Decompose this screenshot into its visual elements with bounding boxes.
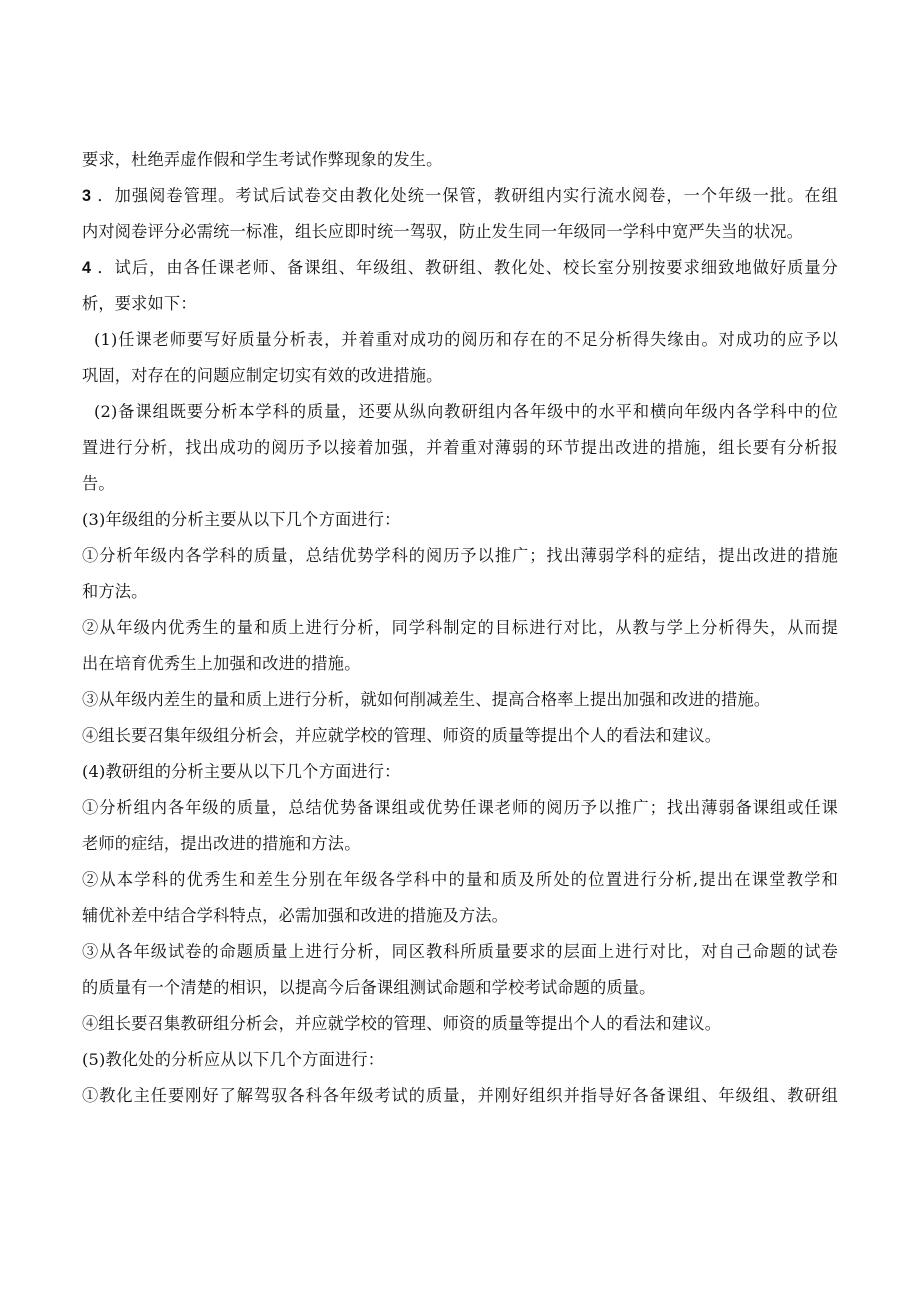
text-line: 的质量有一个清楚的相识，以提高今后备课组测试命题和学校考试命题的质量。 bbox=[82, 970, 838, 1006]
text-line: ②从年级内优秀生的量和质上进行分析，同学科制定的目标进行对比，从教与学上分析得失… bbox=[82, 610, 838, 646]
text-line: 老师的症结，提出改进的措施和方法。 bbox=[82, 826, 838, 862]
text-line: 置进行分析，找出成功的阅历予以接着加强，并着重对薄弱的环节提出改进的措施，组长要… bbox=[82, 430, 838, 466]
text-line: 出在培育优秀生上加强和改进的措施。 bbox=[82, 646, 838, 682]
text-line: ④组长要召集教研组分析会，并应就学校的管理、师资的质量等提出个人的看法和建议。 bbox=[82, 1006, 838, 1042]
document-page: 要求，杜绝弄虚作假和学生考试作弊现象的发生。 3 ．加强阅卷管理。考试后试卷交由… bbox=[82, 142, 838, 1114]
text-line: ②从本学科的优秀生和差生分别在年级各学科中的量和质及所处的位置进行分析,提出在课… bbox=[82, 862, 838, 898]
text-line: 4 ．试后，由各任课老师、备课组、年级组、教研组、教化处、校长室分别按要求细致地… bbox=[82, 250, 838, 286]
text-line: 3 ．加强阅卷管理。考试后试卷交由教化处统一保管，教研组内实行流水阅卷，一个年级… bbox=[82, 178, 838, 214]
text-line: (1)任课老师要写好质量分析表，并着重对成功的阅历和存在的不足分析得失缘由。对成… bbox=[82, 322, 838, 358]
text-line: ④组长要召集年级组分析会，并应就学校的管理、师资的质量等提出个人的看法和建议。 bbox=[82, 718, 838, 754]
text-line: 析，要求如下： bbox=[82, 286, 838, 322]
text-line: ③从各年级试卷的命题质量上进行分析，同区教科所质量要求的层面上进行对比，对自己命… bbox=[82, 934, 838, 970]
text-line: ①分析组内各年级的质量，总结优势备课组或优势任课老师的阅历予以推广；找出薄弱备课… bbox=[82, 790, 838, 826]
text-line: 辅优补差中结合学科特点，必需加强和改进的措施及方法。 bbox=[82, 898, 838, 934]
text-line: ③从年级内差生的量和质上进行分析，就如何削减差生、提高合格率上提出加强和改进的措… bbox=[82, 682, 838, 718]
text-line: ①教化主任要刚好了解驾驭各科各年级考试的质量，并刚好组织并指导好各备课组、年级组… bbox=[82, 1078, 838, 1114]
text-line: (5)教化处的分析应从以下几个方面进行： bbox=[82, 1042, 838, 1078]
item-number: 3 bbox=[82, 187, 91, 205]
text-line: 要求，杜绝弄虚作假和学生考试作弊现象的发生。 bbox=[82, 142, 838, 178]
text-line: (2)备课组既要分析本学科的质量，还要从纵向教研组内各年级中的水平和横向年级内各… bbox=[82, 394, 838, 430]
text-line: (4)教研组的分析主要从以下几个方面进行： bbox=[82, 754, 838, 790]
item-number: 4 bbox=[82, 259, 91, 277]
text-line: 和方法。 bbox=[82, 574, 838, 610]
text-line: ①分析年级内各学科的质量，总结优势学科的阅历予以推广；找出薄弱学科的症结，提出改… bbox=[82, 538, 838, 574]
text-line: 告。 bbox=[82, 466, 838, 502]
text-line: (3)年级组的分析主要从以下几个方面进行： bbox=[82, 502, 838, 538]
text-line: 巩固，对存在的问题应制定切实有效的改进措施。 bbox=[82, 358, 838, 394]
text-line: 内对阅卷评分必需统一标准，组长应即时统一驾驭，防止发生同一年级同一学科中宽严失当… bbox=[82, 214, 838, 250]
